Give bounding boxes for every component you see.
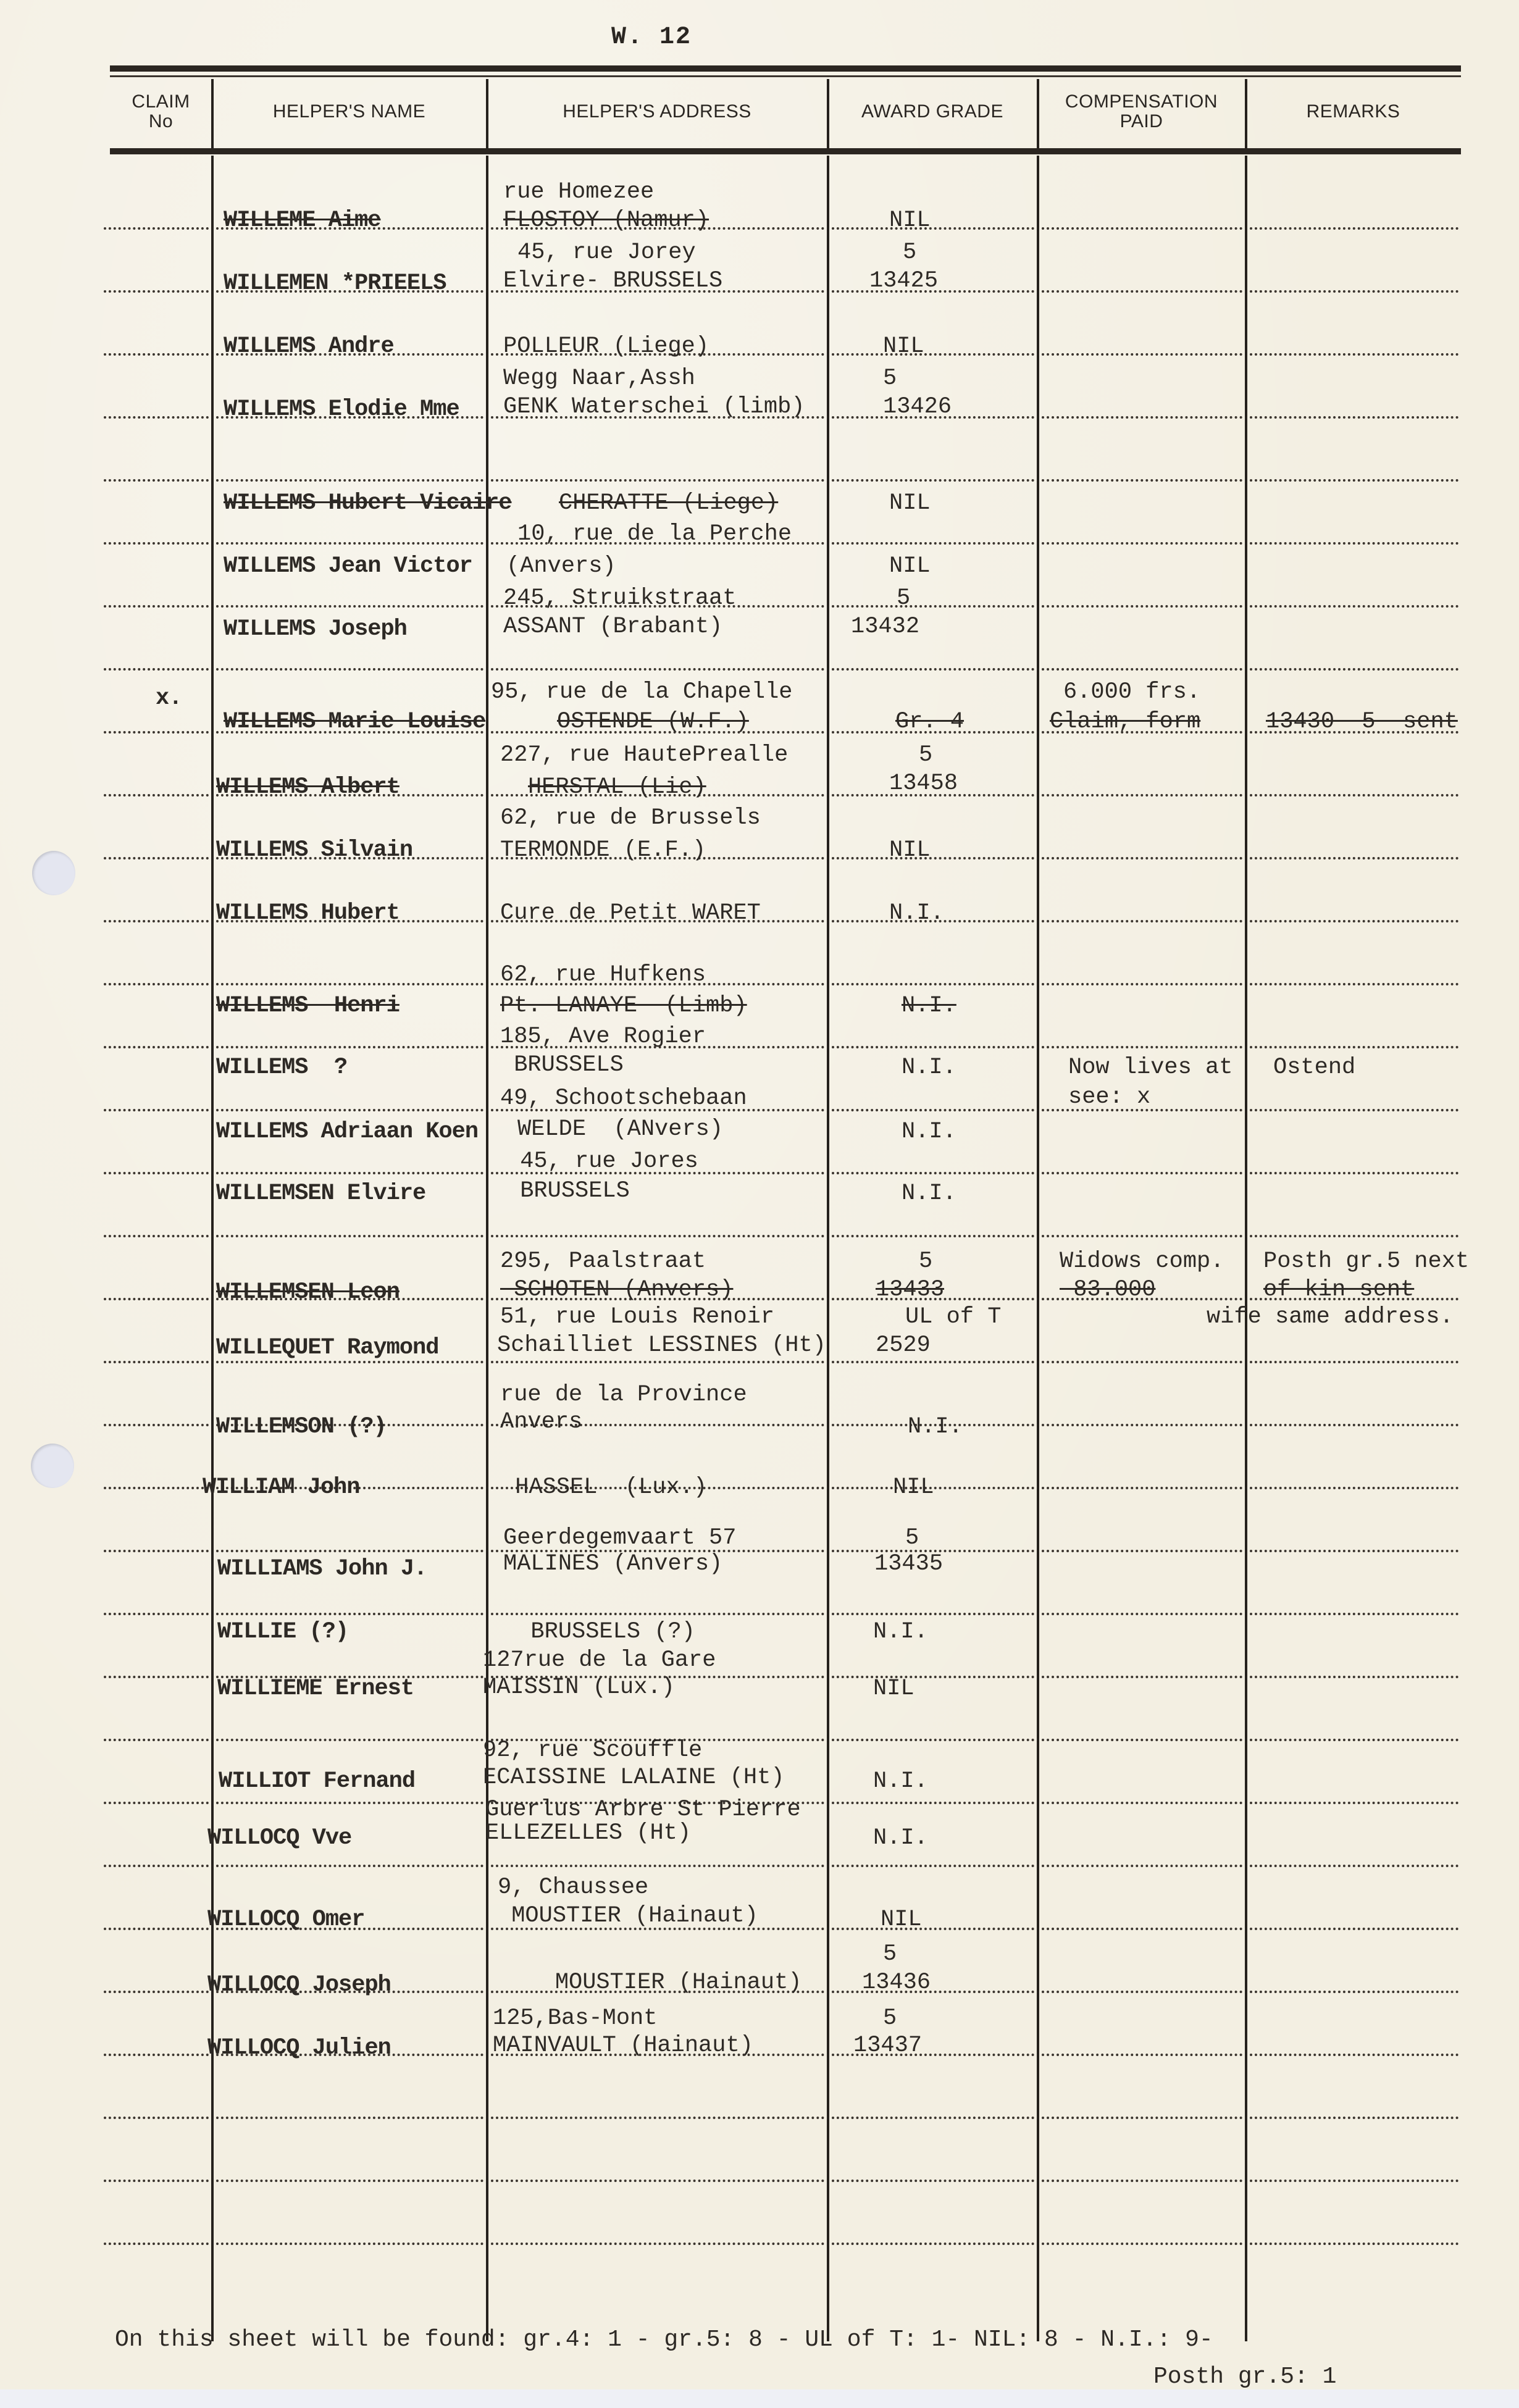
dotted-row-line [216,542,483,545]
award-grade: NIL [881,1905,922,1934]
dotted-row-line [832,1109,1034,1111]
dotted-row-line [1042,416,1242,419]
column-divider [211,156,214,2341]
helper-address-line2: Elvire- BRUSSELS [503,267,722,295]
header-bottom-rule [110,148,1461,154]
dotted-row-line [104,227,209,230]
dotted-row-line [104,479,209,482]
dotted-row-line [104,1424,209,1426]
dotted-row-line [104,1865,209,1867]
dotted-row-line [1042,983,1242,985]
helper-address-line1: 51, rue Louis Renoir [500,1303,774,1331]
dotted-row-line [832,227,1034,230]
dotted-row-line [104,2117,209,2119]
dotted-row-line [832,542,1034,545]
dotted-row-line [104,542,209,545]
compensation-line1: Widows comp. [1060,1247,1224,1276]
helper-address-line2: MALINES (Anvers) [503,1550,722,1578]
helper-address-line2: (Anvers) [506,552,616,580]
helper-name: WILLEMS Elodie Mme [224,395,459,424]
award-grade-line2: 13425 [869,267,938,295]
compensation-line1: Now lives at [1068,1053,1232,1082]
helper-address-line1: Geerdegemvaart 57 [503,1524,736,1552]
remarks-line3: wife same address. [1207,1303,1454,1331]
compensation-line1: 6.000 frs. [1063,678,1200,706]
helper-name: WILLIAMS John J. [217,1555,427,1583]
dotted-row-line [832,1172,1034,1174]
helper-name: WILLOCQ Omer [207,1905,364,1934]
helper-address-line2: GENK Waterschei (limb) [503,393,805,421]
dotted-row-line [832,2117,1034,2119]
dotted-row-line [832,1046,1034,1048]
dotted-row-line [1042,1172,1242,1174]
award-grade: Gr. 4 [895,708,964,736]
dotted-row-line [832,2180,1034,2182]
helper-address-line1: 95, rue de la Chapelle [491,678,792,706]
award-grade: N.I. [902,992,956,1020]
dotted-row-line [216,1613,483,1615]
dotted-row-line [104,857,209,859]
helper-name: WILLIE (?) [217,1618,348,1646]
dotted-row-line [104,1235,209,1237]
helper-address-line1: 92, rue Scouffle [483,1736,702,1765]
column-divider [827,79,829,148]
award-grade: NIL [893,1473,934,1502]
dotted-row-line [1250,1109,1458,1111]
dotted-row-line [832,1928,1034,1930]
dotted-row-line [832,353,1034,356]
dotted-row-line [832,668,1034,671]
award-grade-line2: 13458 [889,769,958,798]
dotted-row-line [1042,227,1242,230]
helper-name: WILLEMSON (?) [216,1413,387,1441]
helper-address-line1: 127rue de la Gare [483,1646,716,1674]
dotted-row-line [104,1298,209,1300]
dotted-row-line [216,1865,483,1867]
dotted-row-line [1042,290,1242,293]
dotted-row-line [832,605,1034,608]
dotted-row-line [1042,1235,1242,1237]
dotted-row-line [1250,983,1458,985]
dotted-row-line [104,1613,209,1615]
helper-address-line2: MAISSIN (Lux.) [483,1673,675,1702]
award-grade-line1: 5 [905,1524,919,1552]
dotted-row-line [832,1865,1034,1867]
helper-address-line2: Anvers [500,1408,582,1436]
helper-name: WILLIAM John [203,1473,359,1502]
column-divider [1037,156,1039,2341]
dotted-row-line [104,1550,209,1552]
dotted-row-line [832,1613,1034,1615]
remarks: Ostend [1273,1053,1355,1082]
award-grade: N.I. [873,1824,928,1852]
dotted-row-line [1250,542,1458,545]
dotted-row-line [1250,668,1458,671]
helper-address-line2: BRUSSELS [506,1177,630,1205]
helper-name: WILLEME Aime [224,206,380,235]
helper-address-line2: POLLEUR (Liege) [503,332,709,361]
sheet-summary: On this sheet will be found: gr.4: 1 - g… [115,2326,1213,2353]
dotted-row-line [1042,542,1242,545]
dotted-row-line [1250,1613,1458,1615]
dotted-row-line [1250,1865,1458,1867]
helper-address-line1: 62, rue Hufkens [500,961,706,989]
dotted-row-line [104,1172,209,1174]
archival-sheet: W. 12 CLAIM No HELPER'S NAME HELPER'S AD… [0,0,1519,2389]
dotted-row-line [1250,1424,1458,1426]
compensation-line2: see: x [1068,1083,1150,1111]
dotted-row-line [104,1487,209,1489]
dotted-row-line [832,479,1034,482]
dotted-row-line [1250,920,1458,922]
helper-address-line2: SCHOTEN (Anvers) [500,1276,733,1304]
dotted-row-line [832,1802,1034,1804]
dotted-row-line [1250,1550,1458,1552]
helper-name: WILLIEME Ernest [217,1674,414,1703]
dotted-row-line [1042,1613,1242,1615]
helper-name: WILLOCQ Julien [207,2034,391,2062]
helper-address-line1: 125,Bas-Mont [493,2004,657,2033]
dotted-row-line [104,1109,209,1111]
dotted-row-line [1042,1046,1242,1048]
helper-address-line1: 295, Paalstraat [500,1247,706,1276]
dotted-row-line [1042,1802,1242,1804]
helper-name: WILLEMSEN Elvire [216,1179,425,1208]
helper-address-line1: 49, Schootschebaan [500,1084,747,1113]
dotted-row-line [216,668,483,671]
dotted-row-line [491,1361,824,1363]
dotted-row-line [104,668,209,671]
dotted-row-line [1250,2054,1458,2056]
sheet-number: W. 12 [611,23,692,51]
dotted-row-line [104,1802,209,1804]
dotted-row-line [216,1235,483,1237]
dotted-row-line [216,2180,483,2182]
dotted-row-line [104,2054,209,2056]
dotted-row-line [1042,2054,1242,2056]
award-grade: NIL [889,836,931,864]
helper-name: WILLEMSEN Leon [216,1278,400,1306]
dotted-row-line [832,1676,1034,1678]
dotted-row-line [104,731,209,734]
column-header-remarks: REMARKS [1245,75,1461,148]
award-grade-line1: 5 [883,364,897,393]
dotted-row-line [104,920,209,922]
column-divider [211,79,214,148]
dotted-row-line [216,1739,483,1741]
helper-name: WILLEMS Andre [224,332,394,361]
award-grade: NIL [889,206,931,235]
helper-name: WILLOCQ Joseph [207,1971,391,1999]
dotted-row-line [1250,479,1458,482]
award-grade-line2: 13435 [874,1550,943,1578]
column-header-award-grade: AWARD GRADE [827,75,1037,148]
dotted-row-line [104,2243,209,2245]
dotted-row-line [491,2243,824,2245]
helper-name: WILLEMS Jean Victor [224,552,472,580]
dotted-row-line [104,2180,209,2182]
column-divider [1037,79,1039,148]
award-grade-line2: 2529 [876,1331,931,1360]
dotted-row-line [104,1928,209,1930]
compensation-line2: 83.000 [1060,1276,1155,1304]
award-grade-line1: 5 [919,1247,932,1276]
dotted-row-line [1042,1865,1242,1867]
helper-address-line1: rue Homezee [503,178,654,206]
helper-name: WILLEMS Adriaan Koen [216,1118,478,1146]
dotted-row-line [216,605,483,608]
award-grade: N.I. [902,1179,956,1208]
column-divider [1245,156,1247,2341]
dotted-row-line [1250,1676,1458,1678]
helper-address-line1: 9, Chaussee [498,1873,648,1902]
helper-address-line2: OSTENDE (W.F.) [557,708,749,736]
dotted-row-line [1042,1424,1242,1426]
helper-name: WILLEMEN *PRIEELS [224,269,446,298]
dotted-row-line [832,2243,1034,2245]
helper-name: WILLEMS Henri [216,992,400,1020]
award-grade: N.I. [873,1767,928,1796]
award-grade-line1: UL of T [905,1303,1001,1331]
dotted-row-line [1042,2117,1242,2119]
helper-name: WILLEMS Hubert Vicaire [224,489,511,517]
dotted-row-line [216,1046,483,1048]
dotted-row-line [1042,1928,1242,1930]
helper-address-line2: Pt. LANAYE (Limb) [500,992,747,1020]
dotted-row-line [216,1172,483,1174]
dotted-row-line [491,1865,824,1867]
dotted-row-line [832,1739,1034,1741]
dotted-row-line [1042,1739,1242,1741]
punch-hole [31,1444,74,1488]
dotted-row-line [104,416,209,419]
helper-name: WILLEMS Albert [216,773,400,801]
award-grade: N.I. [908,1413,963,1441]
dotted-row-line [1042,1676,1242,1678]
helper-address-line2: WELDE (ANvers) [517,1115,723,1143]
dotted-row-line [1250,227,1458,230]
dotted-row-line [216,983,483,985]
dotted-row-line [1250,1361,1458,1363]
dotted-row-line [1250,290,1458,293]
dotted-row-line [216,479,483,482]
award-grade-line1: 5 [897,584,910,612]
dotted-row-line [1250,605,1458,608]
column-divider [486,156,488,2341]
dotted-row-line [104,353,209,356]
helper-address-line2: MOUSTIER (Hainaut) [500,1968,801,1997]
dotted-row-line [832,857,1034,859]
helper-address-line2: HASSEL (Lux.) [501,1473,707,1502]
dotted-row-line [1250,2180,1458,2182]
dotted-row-line [1250,1739,1458,1741]
helper-address-line2: HERSTAL (Lie) [528,773,706,801]
dotted-row-line [216,2243,483,2245]
dotted-row-line [1042,479,1242,482]
dotted-row-line [832,983,1034,985]
dotted-row-line [1042,668,1242,671]
dotted-row-line [216,1802,483,1804]
dotted-row-line [1250,794,1458,796]
column-header-helper-address: HELPER'S ADDRESS [487,75,827,148]
helper-name: WILLEMS Joseph [224,615,407,643]
column-header-compensation-paid: COMPENSATION PAID [1037,75,1245,148]
award-grade: N.I. [902,1118,956,1146]
helper-address-line2: FLOSTOY (Namur) [503,206,709,235]
helper-address-line1: rue de la Province [500,1381,747,1409]
dotted-row-line [104,1046,209,1048]
award-grade-line2: 13437 [853,2031,922,2060]
dotted-row-line [1250,1991,1458,1993]
helper-address-line1: Wegg Naar,Assh [503,364,695,393]
sheet-summary-posth: Posth gr.5: 1 [1153,2364,1336,2390]
helper-address-line2: ASSANT (Brabant) [503,612,722,641]
helper-address-line2: TERMONDE (E.F.) [500,836,706,864]
column-divider [1245,79,1247,148]
dotted-row-line [1042,1361,1242,1363]
helper-address-line2: MOUSTIER (Hainaut) [498,1902,758,1930]
dotted-row-line [1042,794,1242,796]
dotted-row-line [1042,1991,1242,1993]
punch-hole [32,851,75,895]
dotted-row-line [1042,605,1242,608]
award-grade: N.I. [889,899,944,927]
helper-name: WILLEMS Marie Louise [224,708,485,736]
helper-name: WILLEMS ? [216,1053,347,1082]
award-grade-line2: 13426 [883,393,952,421]
dotted-row-line [1250,1235,1458,1237]
helper-address-line2: CHERATTE (Liege) [559,489,778,517]
column-header-helper-name: HELPER'S NAME [212,75,487,148]
column-header-claim-no: CLAIM No [110,75,212,148]
helper-address-line1: 245, Struikstraat [503,584,736,612]
dotted-row-line [1042,2180,1242,2182]
award-grade: N.I. [873,1618,928,1646]
dotted-row-line [1250,1928,1458,1930]
helper-address-line1: 185, Ave Rogier [500,1022,706,1051]
dotted-row-line [491,1613,824,1615]
dotted-row-line [1042,2243,1242,2245]
helper-address-line2: ELLEZELLES (Ht) [485,1819,691,1847]
column-divider [486,79,488,148]
award-grade-line1: 5 [883,2004,897,2033]
dotted-row-line [216,1109,483,1111]
helper-address-line2: Schailliet LESSINES (Ht) [497,1331,826,1360]
dotted-row-line [832,1235,1034,1237]
award-grade-line2: 13436 [862,1968,931,1997]
dotted-row-line [1250,1046,1458,1048]
helper-name: WILLEMS Silvain [216,836,412,864]
helper-address-line1: 45, rue Jores [506,1147,698,1176]
column-divider [827,156,829,2341]
dotted-row-line [104,1991,209,1993]
dotted-row-line [1250,353,1458,356]
dotted-row-line [491,1235,824,1237]
helper-address-line1: 10, rue de la Perche [517,520,792,548]
award-grade: NIL [889,489,931,517]
award-grade: N.I. [902,1053,956,1082]
dotted-row-line [491,479,824,482]
top-rule-thick [110,65,1461,72]
remarks-line1: Posth gr.5 next [1263,1247,1469,1276]
helper-address-line1: 62, rue de Brussels [500,804,761,832]
remarks: 13430 5 sent [1266,708,1458,736]
compensation-line2: Claim, form [1050,708,1200,736]
dotted-row-line [1042,1487,1242,1489]
helper-name: WILLEMS Hubert [216,899,400,927]
award-grade: NIL [889,552,931,580]
table-header: CLAIM No HELPER'S NAME HELPER'S ADDRESS … [110,75,1461,148]
helper-address-line2: BRUSSELS (?) [503,1618,695,1646]
award-grade-line2: 13433 [876,1276,944,1304]
helper-name: WILLIOT Fernand [219,1767,415,1796]
claim-number: x. [156,684,182,713]
dotted-row-line [104,290,209,293]
helper-address-line1: 227, rue HautePrealle [500,741,788,769]
helper-name: WILLOCQ Vve [207,1824,351,1852]
remarks-line2: of kin sent [1263,1276,1414,1304]
dotted-row-line [216,1550,483,1552]
helper-address-line2: MAINVAULT (Hainaut) [493,2031,753,2060]
dotted-row-line [1250,1487,1458,1489]
dotted-row-line [491,668,824,671]
award-grade: NIL [883,332,924,361]
dotted-row-line [104,794,209,796]
dotted-row-line [1250,1172,1458,1174]
dotted-row-line [832,1361,1034,1363]
dotted-row-line [104,1676,209,1678]
award-grade-line1: 5 [919,741,932,769]
dotted-row-line [216,2117,483,2119]
dotted-row-line [1042,857,1242,859]
dotted-row-line [1042,920,1242,922]
dotted-row-line [1042,353,1242,356]
helper-address-line1: 45, rue Jorey [517,238,696,267]
dotted-row-line [491,2117,824,2119]
helper-address-line2: ECAISSINE LALAINE (Ht) [483,1763,784,1792]
dotted-row-line [1250,2243,1458,2245]
award-grade-line2: 13432 [851,612,919,641]
helper-address-line2: Cure de Petit WARET [500,899,761,927]
dotted-row-line [1250,1802,1458,1804]
dotted-row-line [1250,2117,1458,2119]
dotted-row-line [1250,857,1458,859]
dotted-row-line [491,2180,824,2182]
dotted-row-line [104,605,209,608]
dotted-row-line [104,1739,209,1741]
dotted-row-line [104,1361,209,1363]
award-grade-line1: 5 [883,1940,897,1968]
dotted-row-line [104,983,209,985]
helper-name: WILLEQUET Raymond [216,1334,438,1362]
dotted-row-line [1042,1550,1242,1552]
helper-address-line2: BRUSSELS [500,1051,624,1079]
dotted-row-line [1250,416,1458,419]
award-grade-line1: 5 [903,238,916,267]
award-grade: NIL [873,1674,914,1703]
